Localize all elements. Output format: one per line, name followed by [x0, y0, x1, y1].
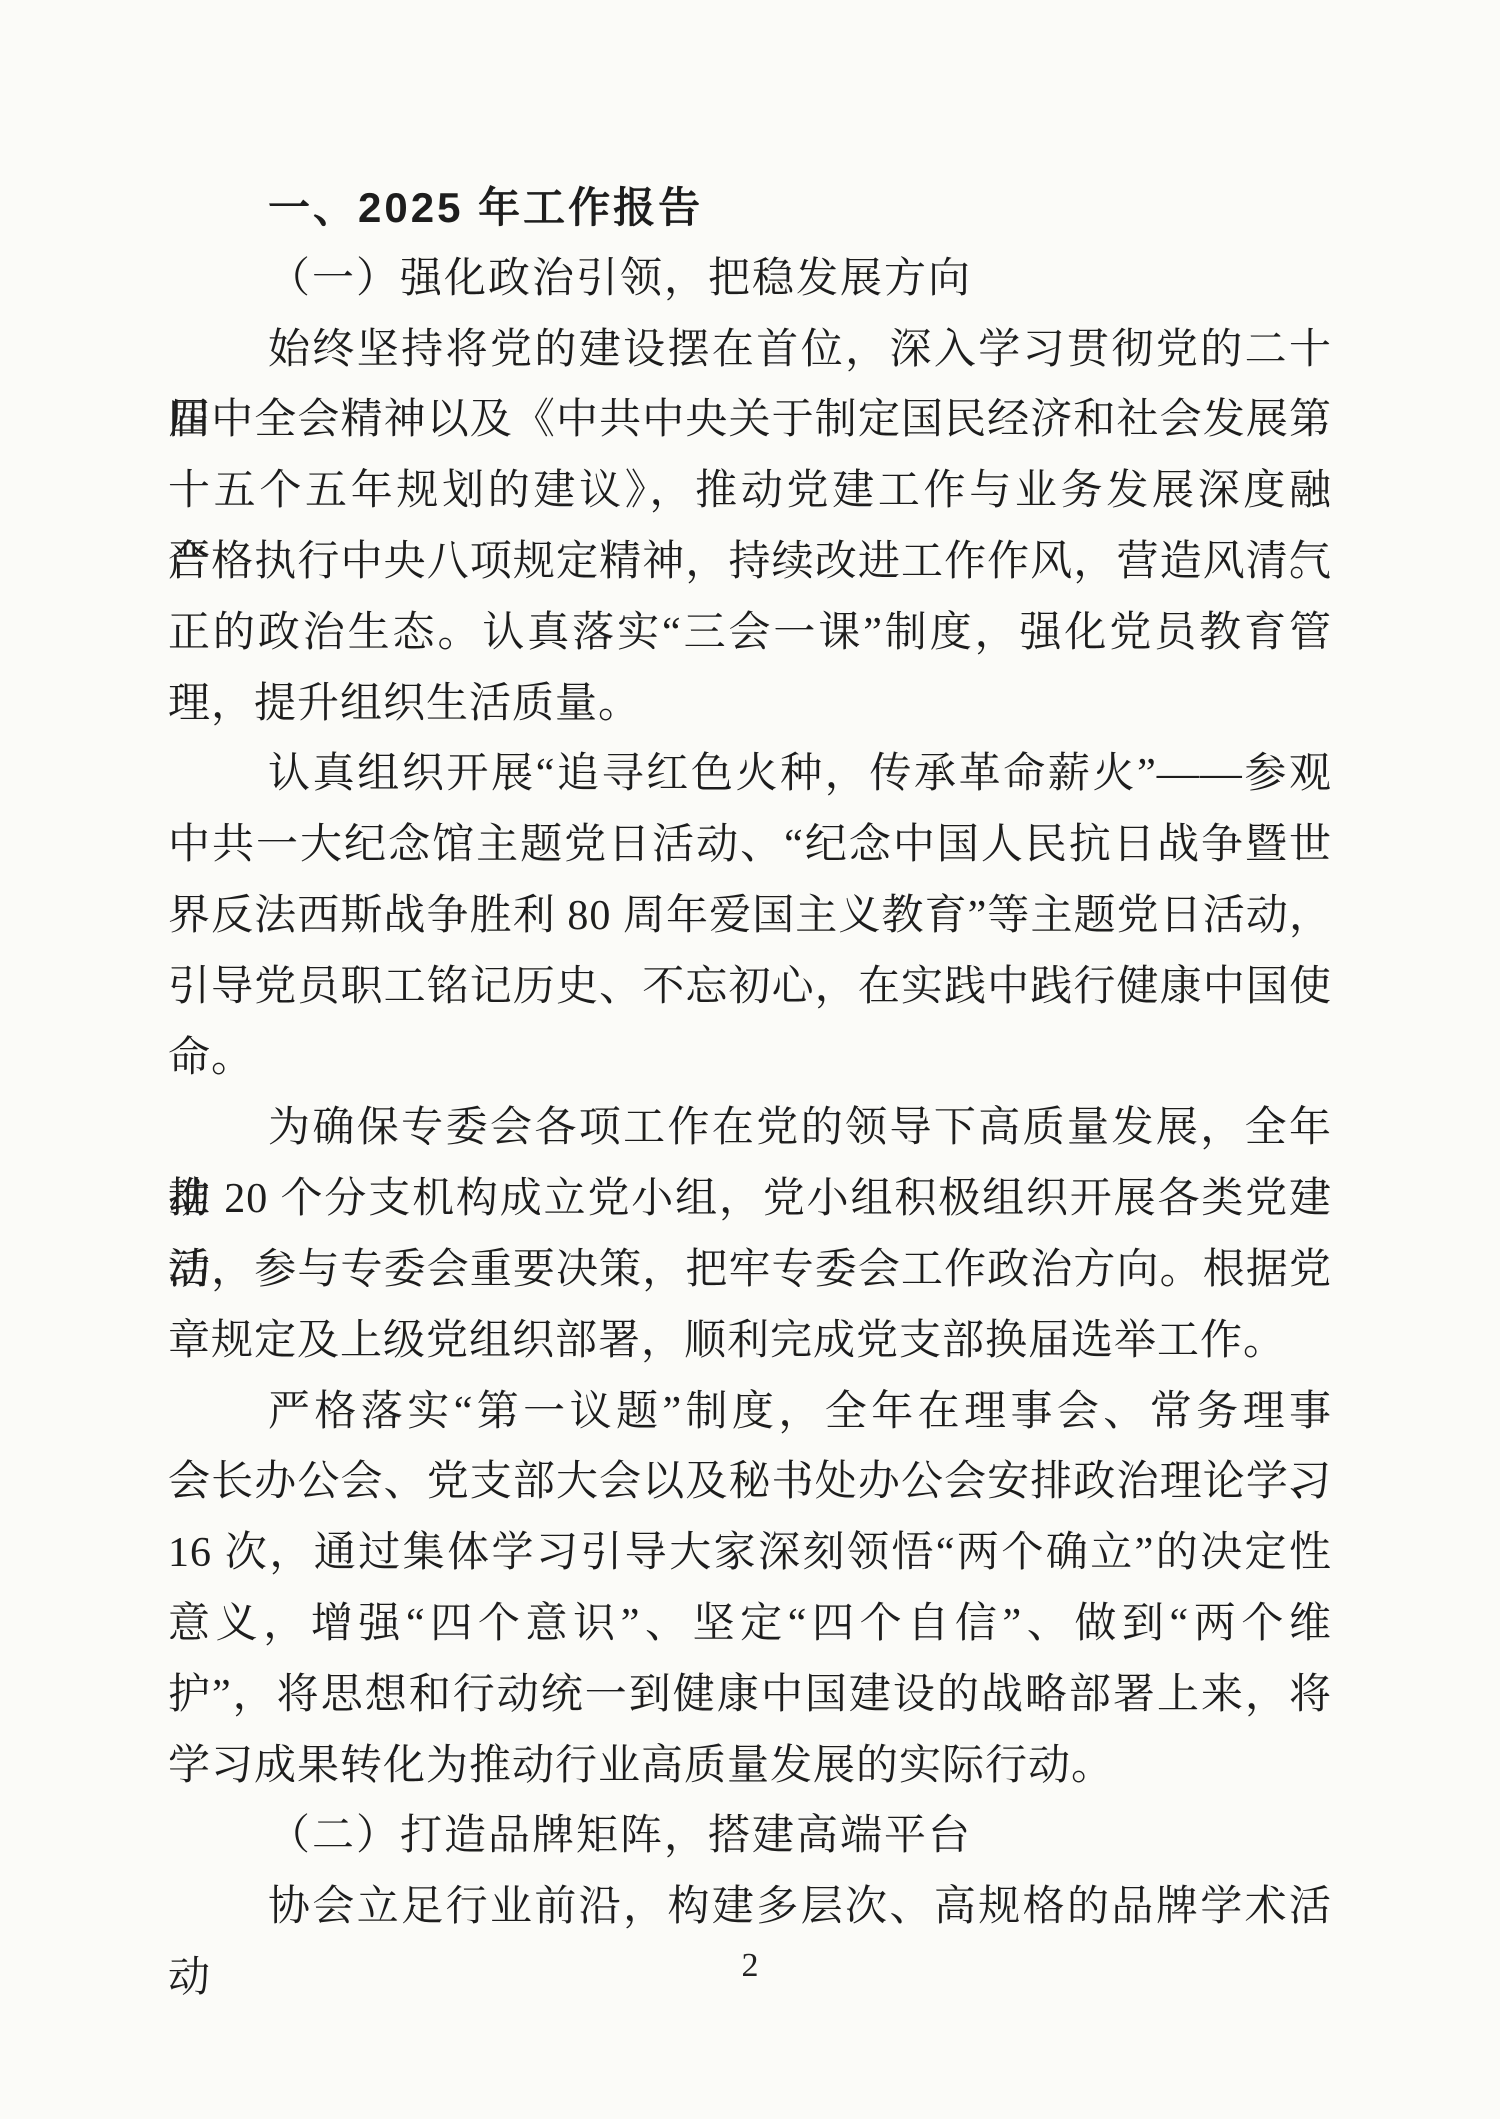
- page-number: 2: [0, 1944, 1500, 1988]
- body-text-line: 章规定及上级党组织部署，顺利完成党支部换届选举工作。: [168, 1306, 1332, 1377]
- body-text-line: 中共一大纪念馆主题党日活动、“纪念中国人民抗日战争暨世: [168, 810, 1332, 881]
- body-text-line: 意义，增强“四个意识”、坚定“四个自信”、做到“两个维: [168, 1589, 1332, 1660]
- body-text-line: 理，提升组织生活质量。: [168, 669, 1332, 740]
- subsection-1-heading: （一）强化政治引领，把稳发展方向: [168, 244, 1332, 315]
- body-text-line: 十五个五年规划的建议》，推动党建工作与业务发展深度融合。: [168, 456, 1332, 527]
- section-1-heading: 一、2025 年工作报告: [168, 173, 1332, 244]
- body-text-line: 动，参与专委会重要决策，把牢专委会工作政治方向。根据党: [168, 1235, 1332, 1306]
- body-text-line: 护”，将思想和行动统一到健康中国建设的战略部署上来，将: [168, 1660, 1332, 1731]
- body-text-line: 界反法西斯战争胜利 80 周年爱国主义教育”等主题党日活动，: [168, 881, 1332, 952]
- body-text-line: 严格落实“第一议题”制度，全年在理事会、常务理事会、: [168, 1377, 1332, 1448]
- document-page: 一、2025 年工作报告 （一）强化政治引领，把稳发展方向 始终坚持将党的建设摆…: [0, 0, 1500, 2119]
- body-text-line: 为确保专委会各项工作在党的领导下高质量发展，全年推: [168, 1093, 1332, 1164]
- body-text-line: 学习成果转化为推动行业高质量发展的实际行动。: [168, 1731, 1332, 1802]
- body-text-line: 四中全会精神以及《中共中央关于制定国民经济和社会发展第: [168, 385, 1332, 456]
- body-text-line: 会长办公会、党支部大会以及秘书处办公会安排政治理论学习: [168, 1447, 1332, 1518]
- body-text-line: 16 次，通过集体学习引导大家深刻领悟“两个确立”的决定性: [168, 1518, 1332, 1589]
- body-text-line: 命。: [168, 1023, 1332, 1094]
- subsection-2-heading: （二）打造品牌矩阵，搭建高端平台: [168, 1801, 1332, 1872]
- body-text-line: 引导党员职工铭记历史、不忘初心，在实践中践行健康中国使: [168, 952, 1332, 1023]
- document-text-block: 一、2025 年工作报告 （一）强化政治引领，把稳发展方向 始终坚持将党的建设摆…: [168, 173, 1332, 1943]
- body-text-line: 严格执行中央八项规定精神，持续改进工作作风，营造风清气: [168, 527, 1332, 598]
- body-text-line: 正的政治生态。认真落实“三会一课”制度，强化党员教育管: [168, 598, 1332, 669]
- body-text-line: 动 20 个分支机构成立党小组，党小组积极组织开展各类党建活: [168, 1164, 1332, 1235]
- body-text-line: 认真组织开展“追寻红色火种，传承革命薪火”——参观: [168, 739, 1332, 810]
- body-text-line: 协会立足行业前沿，构建多层次、高规格的品牌学术活动: [168, 1872, 1332, 1943]
- body-text-line: 始终坚持将党的建设摆在首位，深入学习贯彻党的二十届: [168, 315, 1332, 386]
